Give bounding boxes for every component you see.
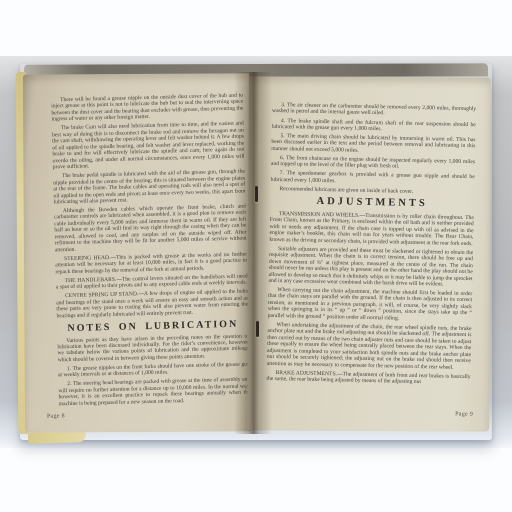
paragraph-transmission-wheels: TRANSMISSION AND WHEELS.—Transmission is… (269, 211, 474, 248)
booklet-cover-corner (28, 431, 86, 444)
paragraph: The brake pedal spindle is lubricated wi… (53, 169, 246, 206)
staple-top (255, 186, 258, 202)
list-item-4: 4. The brake spindle shaft and the fulcr… (272, 117, 476, 134)
list-item-2: 2. The steering head bearings are packed… (58, 377, 251, 408)
page-left: There will be found a grease nipple on t… (23, 73, 251, 432)
paragraph: When undertaking the adjustment of the c… (267, 322, 472, 371)
list-item-3: 3. The air cleaner on the carburetter sh… (272, 102, 476, 119)
page-right-text: 3. The air cleaner on the carburetter sh… (266, 102, 476, 416)
note-recommended-lubricants: Recommended lubricants are given on insi… (270, 186, 474, 197)
paragraph: Various points as they have arisen in th… (57, 333, 250, 364)
paragraph: When carrying out the chain adjustment, … (268, 287, 473, 324)
list-item-5: 5. The main driving chain should be lubr… (271, 133, 475, 157)
paragraph-brake-adjustments: BRAKE ADJUSTMENTS.—The adjustment of bot… (266, 370, 470, 387)
paragraph-centre-stand: CENTRE SPRING UP STAND.—A few drops of e… (56, 289, 249, 320)
paragraph-steering-head: STEERING HEAD.—This is packed with greas… (55, 251, 247, 275)
paragraph: Although the Bowden cables which operate… (54, 204, 247, 254)
staple-bottom (256, 321, 259, 337)
list-item-6: 6. The front chaincase on the engine sho… (271, 155, 475, 172)
paragraph: There will be found a grease nipple on t… (51, 93, 244, 124)
page-number-left: Page 8 (47, 413, 65, 419)
paragraph: The brake Cam will also need lubrication… (52, 121, 245, 171)
open-booklet: There will be found a grease nipple on t… (20, 64, 492, 440)
page-number-right: Page 9 (455, 411, 473, 417)
section-heading-adjustments: ADJUSTMENTS (270, 198, 474, 209)
page-left-text: There will be found a grease nipple on t… (51, 93, 251, 416)
section-heading-lubrication: NOTES ON LUBRICATION (57, 322, 249, 333)
page-right: 3. The air cleaner on the carburetter sh… (247, 76, 491, 431)
list-item-7: 7. The speedometer gearbox is provided w… (271, 170, 475, 187)
paragraph: Suitable adjusters are provided and thes… (268, 246, 473, 289)
